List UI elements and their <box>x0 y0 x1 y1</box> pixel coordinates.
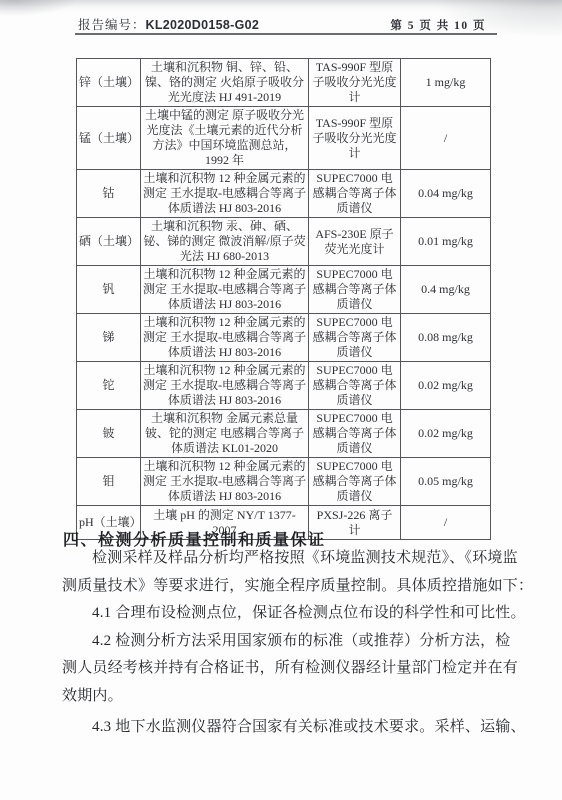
method-cell: 土壤和沉积物 12 种金属元素的测定 王水提取-电感耦合等离子体质谱法 HJ 8… <box>141 170 309 218</box>
table-row: 铊 土壤和沉积物 12 种金属元素的测定 王水提取-电感耦合等离子体质谱法 HJ… <box>77 362 491 410</box>
table-row: 锑 土壤和沉积物 12 种金属元素的测定 王水提取-电感耦合等离子体质谱法 HJ… <box>77 314 491 362</box>
section-body: 检测采样及样品分析均严格按照《环境监测技术规范》、《环境监 测质量技术》等要求进… <box>62 545 522 742</box>
body-line: 4.2 检测分析方法采用国家颁布的标准（或推荐）分析方法，检 <box>62 628 522 656</box>
instrument-cell: SUPEC7000 电感耦合等离子体质谱仪 <box>309 170 401 218</box>
instrument-cell: SUPEC7000 电感耦合等离子体质谱仪 <box>309 410 401 458</box>
report-number-header: 报告编号：KL2020D0158-G02 <box>78 15 259 33</box>
limit-cell: 1 mg/kg <box>401 59 491 107</box>
element-cell: 硒（土壤） <box>77 218 141 266</box>
limit-cell: 0.01 mg/kg <box>401 218 491 266</box>
method-cell: 土壤和沉积物 12 种金属元素的测定 王水提取-电感耦合等离子体质谱法 HJ 8… <box>141 458 309 506</box>
table-row: 锌（土壤） 土壤和沉积物 铜、锌、铅、镍、铬的测定 火焰原子吸收分光光度法 HJ… <box>77 59 491 107</box>
element-cell: 锑 <box>77 314 141 362</box>
limit-cell: 0.02 mg/kg <box>401 410 491 458</box>
instrument-cell: TAS-990F 型原子吸收分光光度计 <box>309 107 401 170</box>
header-rule <box>75 33 497 35</box>
limit-cell: / <box>401 506 491 540</box>
method-cell: 土壤和沉积物 铜、锌、铅、镍、铬的测定 火焰原子吸收分光光度法 HJ 491-2… <box>141 59 309 107</box>
instrument-cell: TAS-990F 型原子吸收分光光度计 <box>309 59 401 107</box>
element-cell: 钒 <box>77 266 141 314</box>
element-cell: 锌（土壤） <box>77 59 141 107</box>
method-cell: 土壤和沉积物 12 种金属元素的测定 王水提取-电感耦合等离子体质谱法 HJ 8… <box>141 314 309 362</box>
limit-cell: 0.4 mg/kg <box>401 266 491 314</box>
report-number-value: KL2020D0158-G02 <box>146 18 260 32</box>
element-cell: 锰（土壤） <box>77 107 141 170</box>
instrument-cell: SUPEC7000 电感耦合等离子体质谱仪 <box>309 314 401 362</box>
limit-cell: 0.08 mg/kg <box>401 314 491 362</box>
table-row: 钴 土壤和沉积物 12 种金属元素的测定 王水提取-电感耦合等离子体质谱法 HJ… <box>77 170 491 218</box>
table-row: 铍 土壤和沉积物 金属元素总量铍、铊的测定 电感耦合等离子体质谱法 KL01-2… <box>77 410 491 458</box>
limit-cell: 0.05 mg/kg <box>401 458 491 506</box>
element-cell: 钼 <box>77 458 141 506</box>
scan-artifact-top-left <box>0 0 75 16</box>
body-line: 4.3 地下水监测仪器符合国家有关标准或技术要求。采样、运输、 <box>62 714 522 742</box>
limit-cell: / <box>401 107 491 170</box>
body-line: 效期内。 <box>62 683 522 711</box>
method-cell: 土壤和沉积物 汞、砷、硒、铋、锑的测定 微波消解/原子荧光法 HJ 680-20… <box>141 218 309 266</box>
element-cell: 钴 <box>77 170 141 218</box>
method-cell: 土壤和沉积物 金属元素总量铍、铊的测定 电感耦合等离子体质谱法 KL01-202… <box>141 410 309 458</box>
body-line: 检测采样及样品分析均严格按照《环境监测技术规范》、《环境监 <box>62 545 522 573</box>
body-line: 4.1 合理布设检测点位，保证各检测点位布设的科学性和可比性。 <box>62 600 522 628</box>
instrument-cell: SUPEC7000 电感耦合等离子体质谱仪 <box>309 266 401 314</box>
table-row: 钒 土壤和沉积物 12 种金属元素的测定 王水提取-电感耦合等离子体质谱法 HJ… <box>77 266 491 314</box>
methods-table: 锌（土壤） 土壤和沉积物 铜、锌、铅、镍、铬的测定 火焰原子吸收分光光度法 HJ… <box>76 58 491 540</box>
page-info: 第 5 页 共 10 页 <box>390 17 486 33</box>
report-number-label: 报告编号： <box>78 18 146 32</box>
body-line: 测人员经考核并持有合格证书，所有检测仪器经计量部门检定并在有 <box>62 655 522 683</box>
table-row: 硒（土壤） 土壤和沉积物 汞、砷、硒、铋、锑的测定 微波消解/原子荧光法 HJ … <box>77 218 491 266</box>
instrument-cell: SUPEC7000 电感耦合等离子体质谱仪 <box>309 458 401 506</box>
method-cell: 土壤中锰的测定 原子吸收分光光度法《土壤元素的近代分析方法》中国环境监测总站，1… <box>141 107 309 170</box>
element-cell: 铍 <box>77 410 141 458</box>
instrument-cell: AFS-230E 原子荧光光度计 <box>309 218 401 266</box>
element-cell: 铊 <box>77 362 141 410</box>
instrument-cell: SUPEC7000 电感耦合等离子体质谱仪 <box>309 362 401 410</box>
table-row: 钼 土壤和沉积物 12 种金属元素的测定 王水提取-电感耦合等离子体质谱法 HJ… <box>77 458 491 506</box>
body-line: 测质量技术》等要求进行，实施全程序质量控制。具体质控措施如下： <box>62 573 522 601</box>
table-row: 锰（土壤） 土壤中锰的测定 原子吸收分光光度法《土壤元素的近代分析方法》中国环境… <box>77 107 491 170</box>
limit-cell: 0.04 mg/kg <box>401 170 491 218</box>
method-cell: 土壤和沉积物 12 种金属元素的测定 王水提取-电感耦合等离子体质谱法 HJ 8… <box>141 362 309 410</box>
method-cell: 土壤和沉积物 12 种金属元素的测定 王水提取-电感耦合等离子体质谱法 HJ 8… <box>141 266 309 314</box>
scanned-report-page: 报告编号：KL2020D0158-G02 第 5 页 共 10 页 锌（土壤） … <box>0 0 562 800</box>
limit-cell: 0.02 mg/kg <box>401 362 491 410</box>
